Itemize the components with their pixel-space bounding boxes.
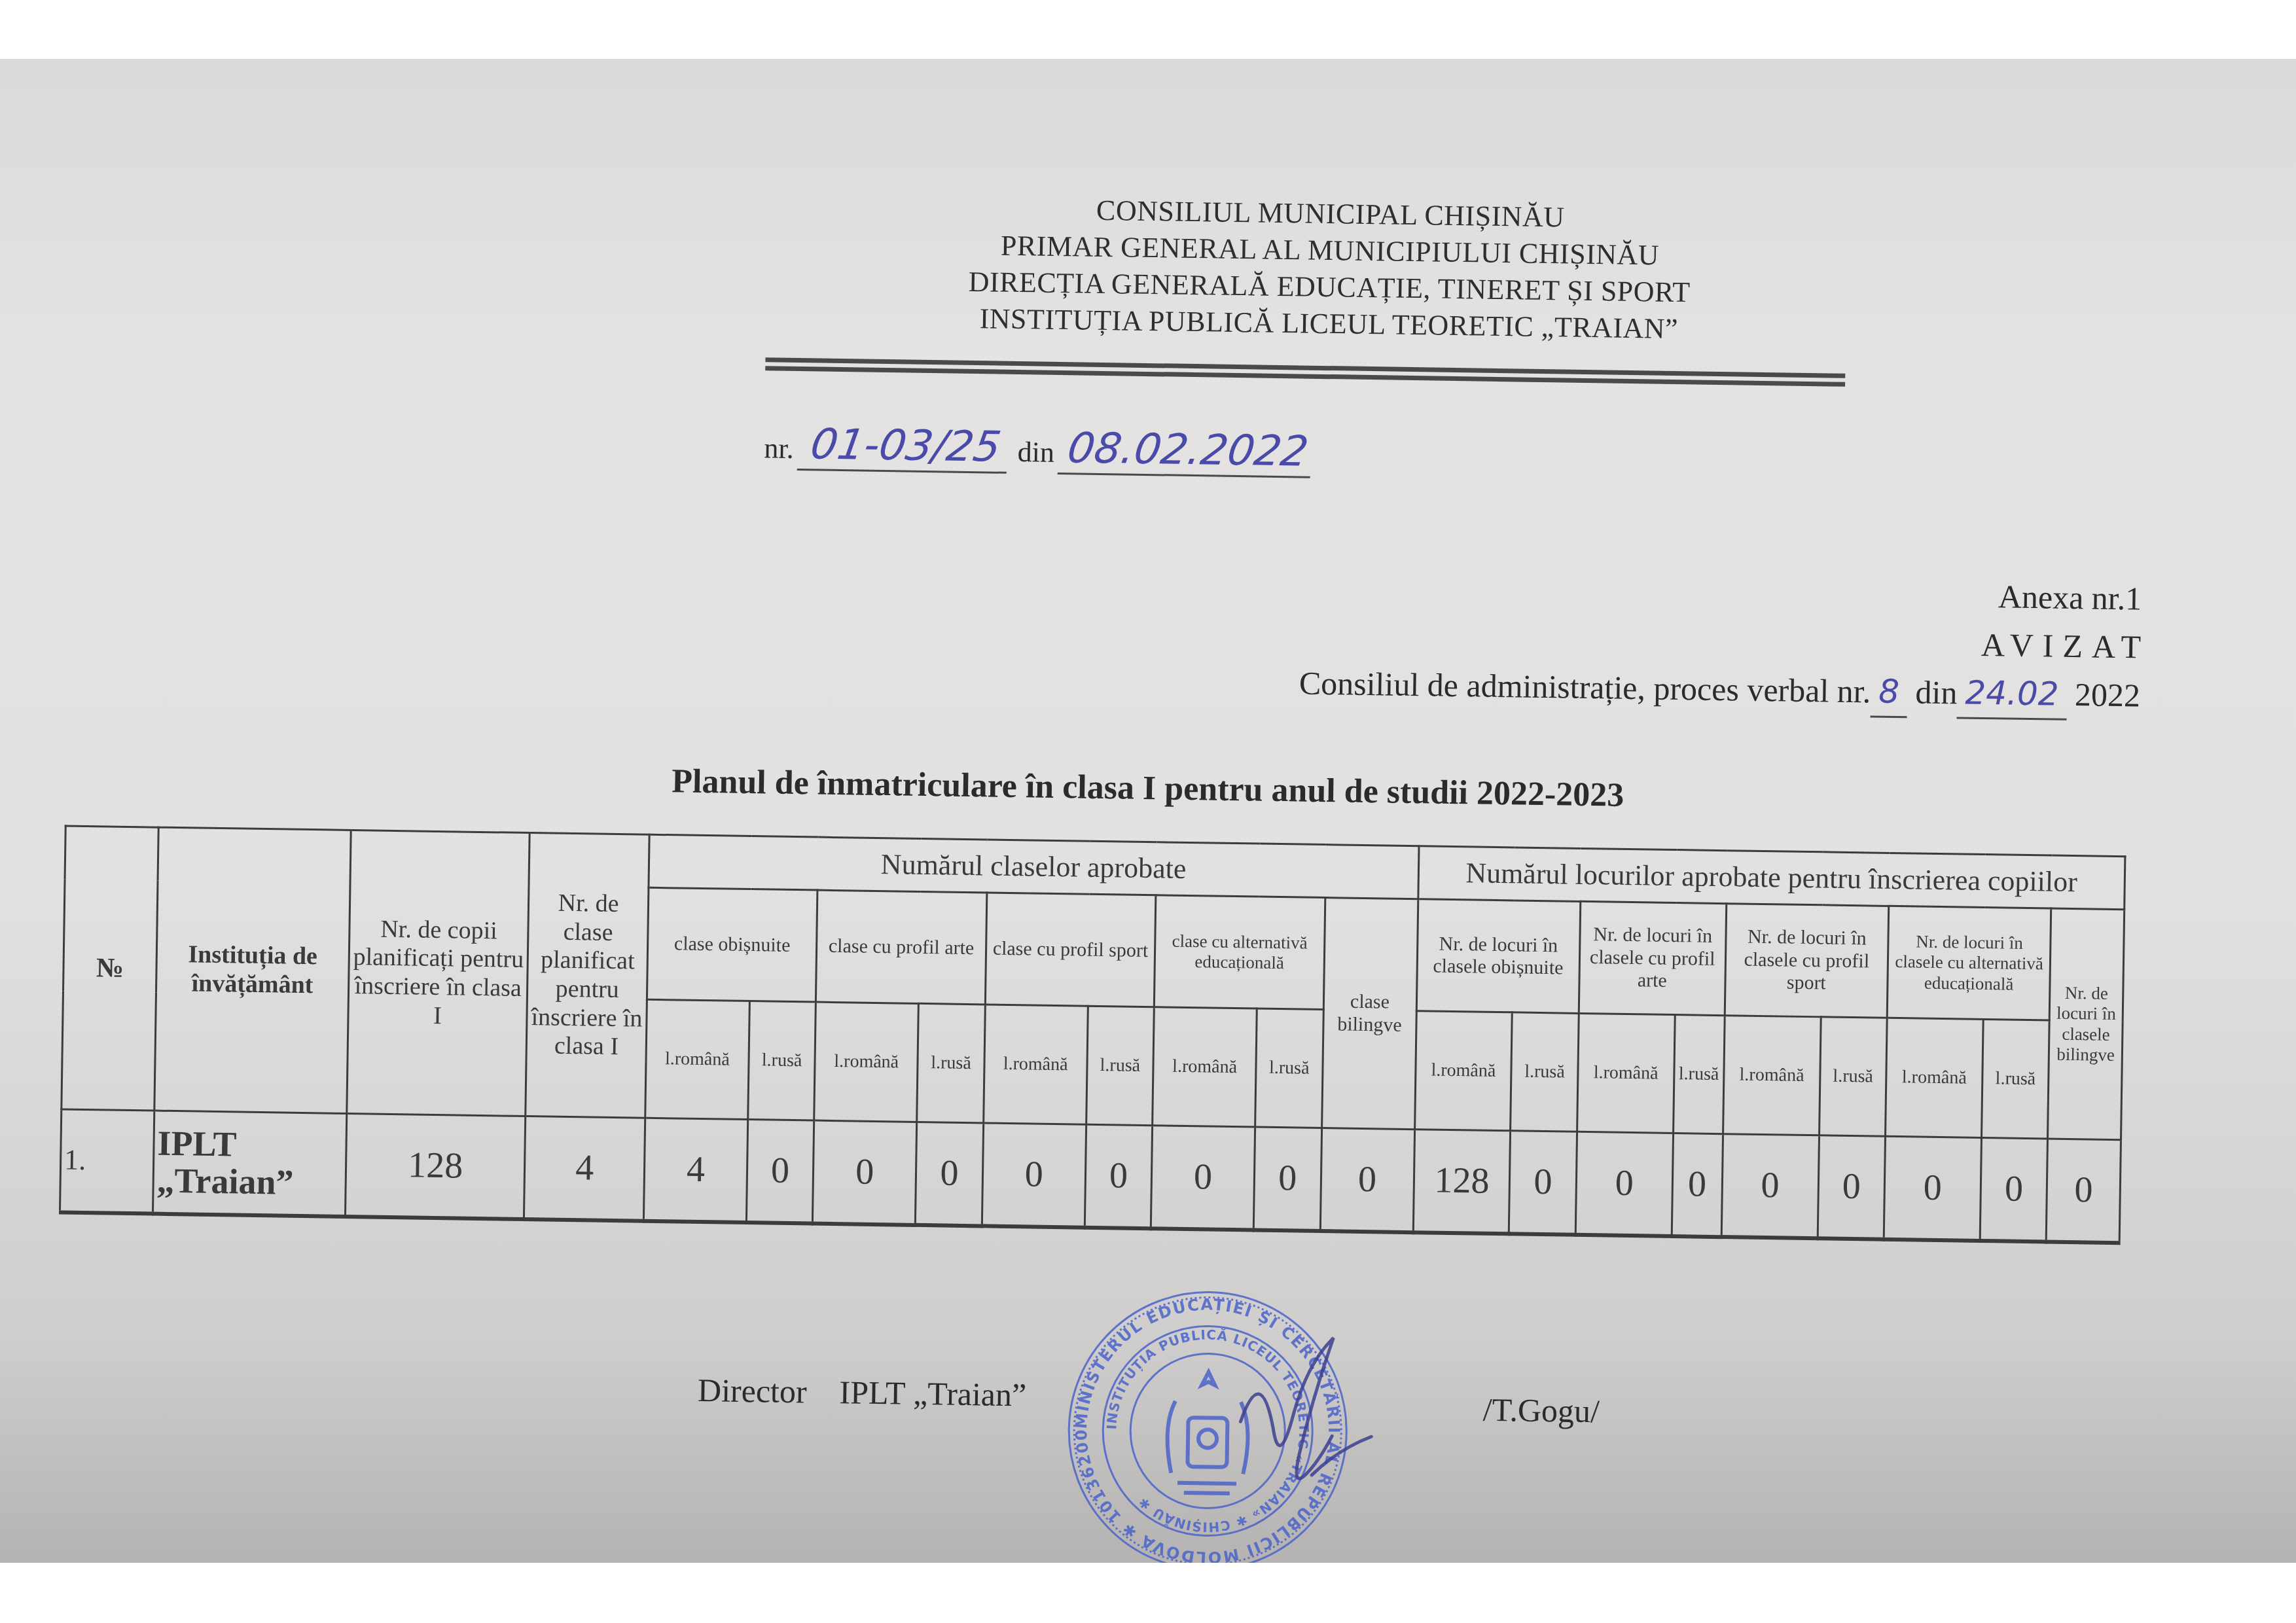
cell-classes-alternativa-ro: 0 <box>1151 1126 1255 1230</box>
institution-line: IPLT <box>157 1124 343 1164</box>
header-institution: Instituția de învățământ <box>154 827 351 1113</box>
minutes-date: 24.02 <box>1957 668 2067 720</box>
registration-nr-value: 01-03/25 <box>797 420 1014 474</box>
header-place-type-arte: Nr. de locuri în clasele cu profil arte <box>1579 901 1726 1015</box>
header-lang-ru: l.rusă <box>748 1001 816 1120</box>
header-class-type-arte: clase cu profil arte <box>816 890 987 1005</box>
cell-places-arte-ro: 0 <box>1575 1132 1673 1236</box>
header-no: № <box>62 826 158 1111</box>
registration-line: nr. 01-03/25 din 08.02.2022 <box>764 419 1315 478</box>
cell-places-bilingve: 0 <box>2046 1139 2121 1243</box>
letterhead: CONSILIUL MUNICIPAL CHIȘINĂU PRIMAR GENE… <box>910 190 1749 349</box>
cell-places-obisnuite-ro: 128 <box>1413 1130 1511 1234</box>
header-lang-ru: l.rusă <box>1511 1012 1579 1132</box>
cell-children-planned: 128 <box>345 1113 526 1219</box>
registration-nr-label: nr. <box>764 432 794 465</box>
minutes-year: 2022 <box>2075 676 2141 713</box>
cell-places-obisnuite-ru: 0 <box>1509 1131 1577 1235</box>
document-photo: CONSILIUL MUNICIPAL CHIȘINĂU PRIMAR GENE… <box>0 59 2296 1563</box>
cell-institution: IPLT „Traian” <box>152 1111 346 1217</box>
header-lang-ro: l.română <box>1886 1018 1984 1137</box>
document-title: Planul de înmatriculare în clasa I pentr… <box>0 752 2296 825</box>
registration-din-label: din <box>1017 436 1054 469</box>
cell-classes-alternativa-ru: 0 <box>1253 1127 1321 1231</box>
cell-places-alternativa-ru: 0 <box>1980 1138 2048 1242</box>
minutes-din-label: din <box>1915 673 1958 711</box>
letterhead-double-rule <box>765 357 1845 387</box>
header-bilingual-places: Nr. de locuri în clasele bilingve <box>2048 908 2125 1140</box>
enrollment-plan-table: № Instituția de învățământ Nr. de copii … <box>59 825 2126 1245</box>
header-bilingual-classes: clase bilingve <box>1321 898 1418 1130</box>
document-page: CONSILIUL MUNICIPAL CHIȘINĂU PRIMAR GENE… <box>0 59 2296 1563</box>
signature-line: Director IPLT „Traian” /T.Gogu/ <box>698 1371 1027 1414</box>
header-lang-ro: l.română <box>983 1005 1088 1124</box>
cell-classes-sport-ro: 0 <box>982 1123 1086 1228</box>
cell-classes-obisnuite-ro: 4 <box>643 1118 747 1222</box>
header-place-type-sport: Nr. de locuri în clasele cu profil sport <box>1725 904 1889 1018</box>
cell-classes-obisnuite-ru: 0 <box>746 1120 814 1224</box>
header-lang-ro: l.română <box>1723 1016 1821 1135</box>
header-class-type-sport: clase cu profil sport <box>985 893 1156 1007</box>
minutes-number: 8 <box>1871 667 1908 718</box>
cell-classes-planned: 4 <box>524 1116 645 1221</box>
signatory-institution: IPLT „Traian” <box>839 1374 1026 1413</box>
header-lang-ru: l.rusă <box>1255 1008 1323 1128</box>
header-class-type-obisnuite: clase obișnuite <box>647 887 817 1002</box>
cell-no: 1. <box>60 1109 154 1214</box>
header-lang-ru: l.rusă <box>1086 1006 1154 1125</box>
cell-classes-arte-ru: 0 <box>916 1122 984 1226</box>
header-classes-planned: Nr. de clase planificat pentru înscriere… <box>526 833 649 1118</box>
cell-classes-sport-ru: 0 <box>1085 1124 1153 1228</box>
cell-places-sport-ru: 0 <box>1818 1135 1886 1240</box>
header-lang-ru: l.rusă <box>1819 1017 1887 1136</box>
header-place-type-alternativa: Nr. de locuri în clasele cu alternativă … <box>1887 906 2051 1020</box>
header-lang-ru: l.rusă <box>1981 1020 2049 1139</box>
header-lang-ro: l.română <box>1414 1011 1513 1131</box>
cell-places-sport-ro: 0 <box>1721 1134 1819 1239</box>
header-lang-ro: l.română <box>1153 1007 1257 1127</box>
header-lang-ru: l.rusă <box>1673 1015 1725 1134</box>
council-text: Consiliul de administrație, proces verba… <box>1299 664 1871 709</box>
header-class-type-alternativa: clase cu alternativă educațională <box>1154 895 1325 1010</box>
approval-block: Anexa nr.1 AVIZAT Consiliul de administr… <box>1299 562 2142 721</box>
cell-classes-arte-ro: 0 <box>813 1120 917 1225</box>
cell-places-arte-ru: 0 <box>1672 1133 1723 1238</box>
header-lang-ru: l.rusă <box>917 1003 985 1122</box>
cell-places-alternativa-ro: 0 <box>1884 1136 1981 1241</box>
header-children-planned: Nr. de copii planificați pentru înscrier… <box>347 830 530 1116</box>
header-place-type-obisnuite: Nr. de locuri în clasele obișnuite <box>1416 899 1581 1014</box>
handwritten-signature-icon <box>1213 1323 1451 1523</box>
header-lang-ro: l.română <box>814 1002 919 1122</box>
signatory-role: Director <box>698 1372 807 1410</box>
institution-line: „Traian” <box>156 1162 342 1202</box>
signatory-name: /T.Gogu/ <box>1482 1391 1600 1431</box>
header-lang-ro: l.română <box>645 999 750 1119</box>
header-lang-ro: l.română <box>1577 1013 1675 1133</box>
registration-date-value: 08.02.2022 <box>1058 424 1318 478</box>
cell-classes-bilingve: 0 <box>1320 1128 1414 1233</box>
